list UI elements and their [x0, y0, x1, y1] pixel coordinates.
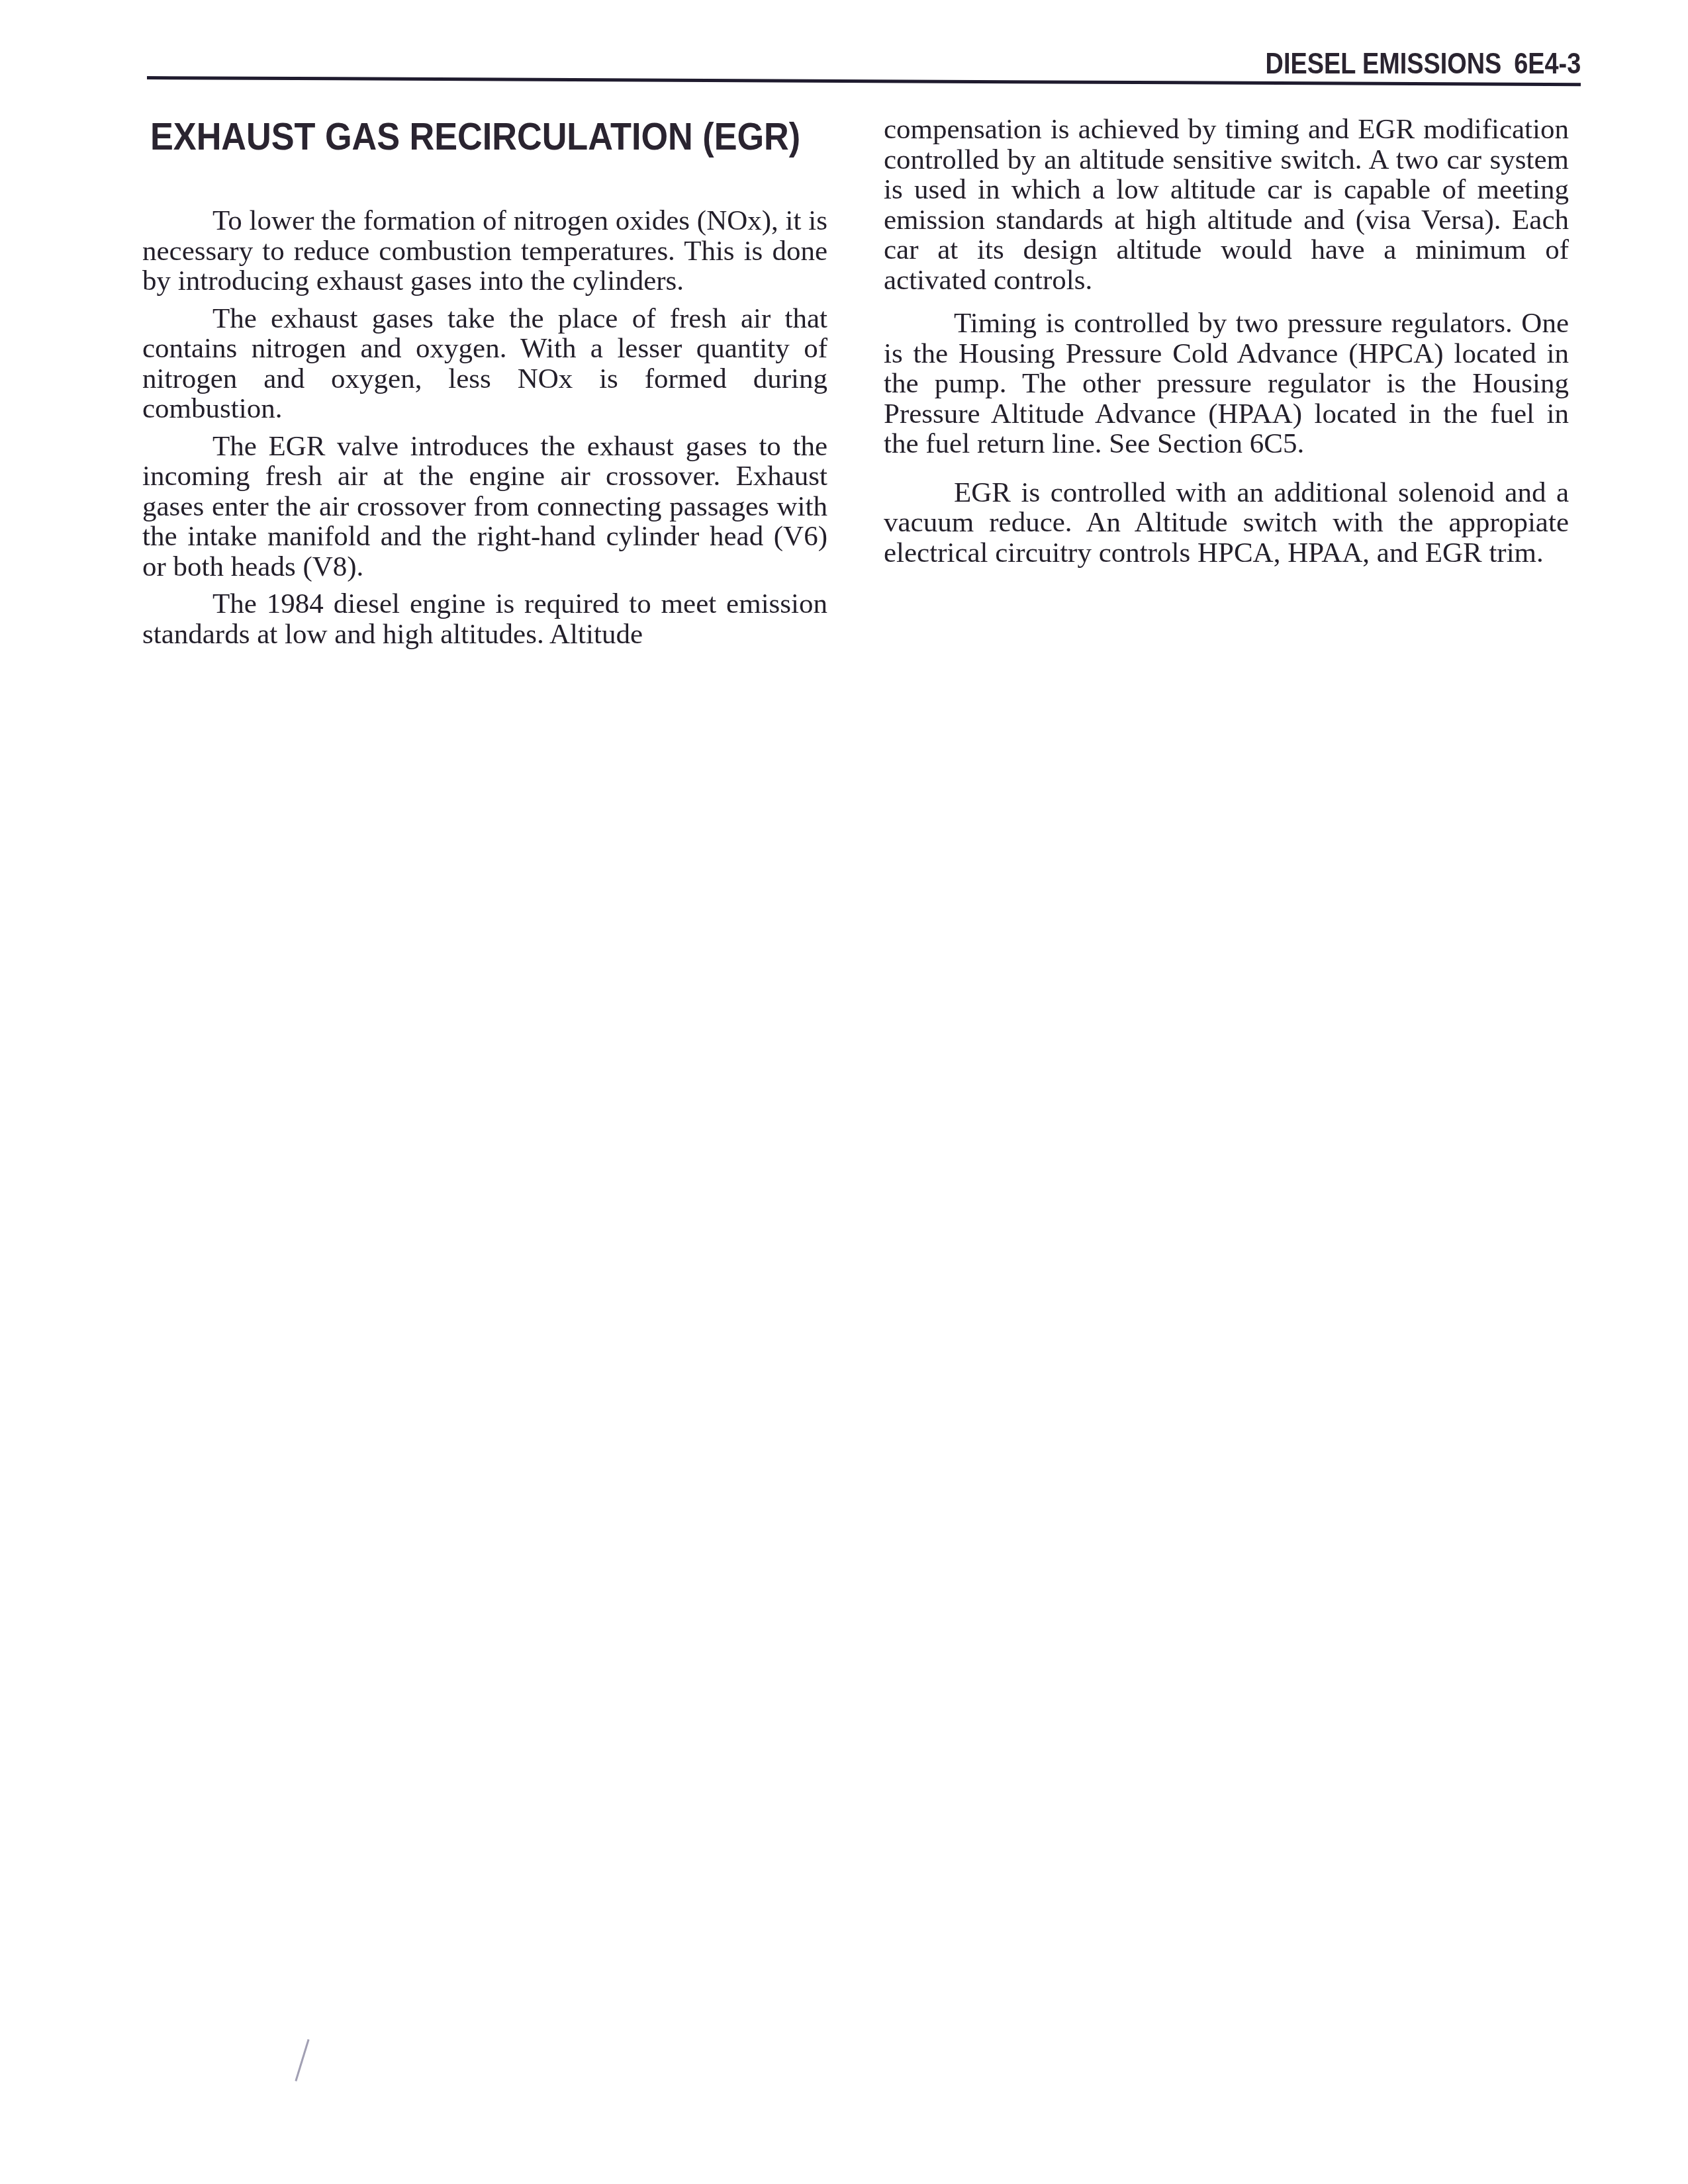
paragraph-timing-regulators: Timing is controlled by two pressure reg… — [884, 308, 1569, 459]
right-column: compensation is achieved by timing and E… — [884, 114, 1569, 568]
left-column: EXHAUST GAS RECIRCULATION (EGR) To lower… — [142, 113, 827, 649]
section-title: EXHAUST GAS RECIRCULATION (EGR) — [150, 116, 760, 158]
running-head: DIESEL EMISSIONS6E4-3 — [1265, 48, 1581, 81]
paragraph-nox-formation: To lower the formation of nitrogen oxide… — [142, 206, 827, 296]
running-head-section: DIESEL EMISSIONS — [1265, 48, 1501, 80]
paragraph-egr-control: EGR is controlled with an additional sol… — [884, 478, 1569, 569]
paragraph-exhaust-gases: The exhaust gases take the place of fres… — [142, 304, 827, 424]
paragraph-egr-valve: The EGR valve introduces the exhaust gas… — [142, 432, 827, 582]
paragraph-altitude-compensation: compensation is achieved by timing and E… — [884, 114, 1569, 295]
stray-pen-mark — [295, 2039, 309, 2081]
page-number: 6E4-3 — [1514, 48, 1581, 80]
paragraph-altitude-requirement: The 1984 diesel engine is required to me… — [142, 589, 827, 649]
